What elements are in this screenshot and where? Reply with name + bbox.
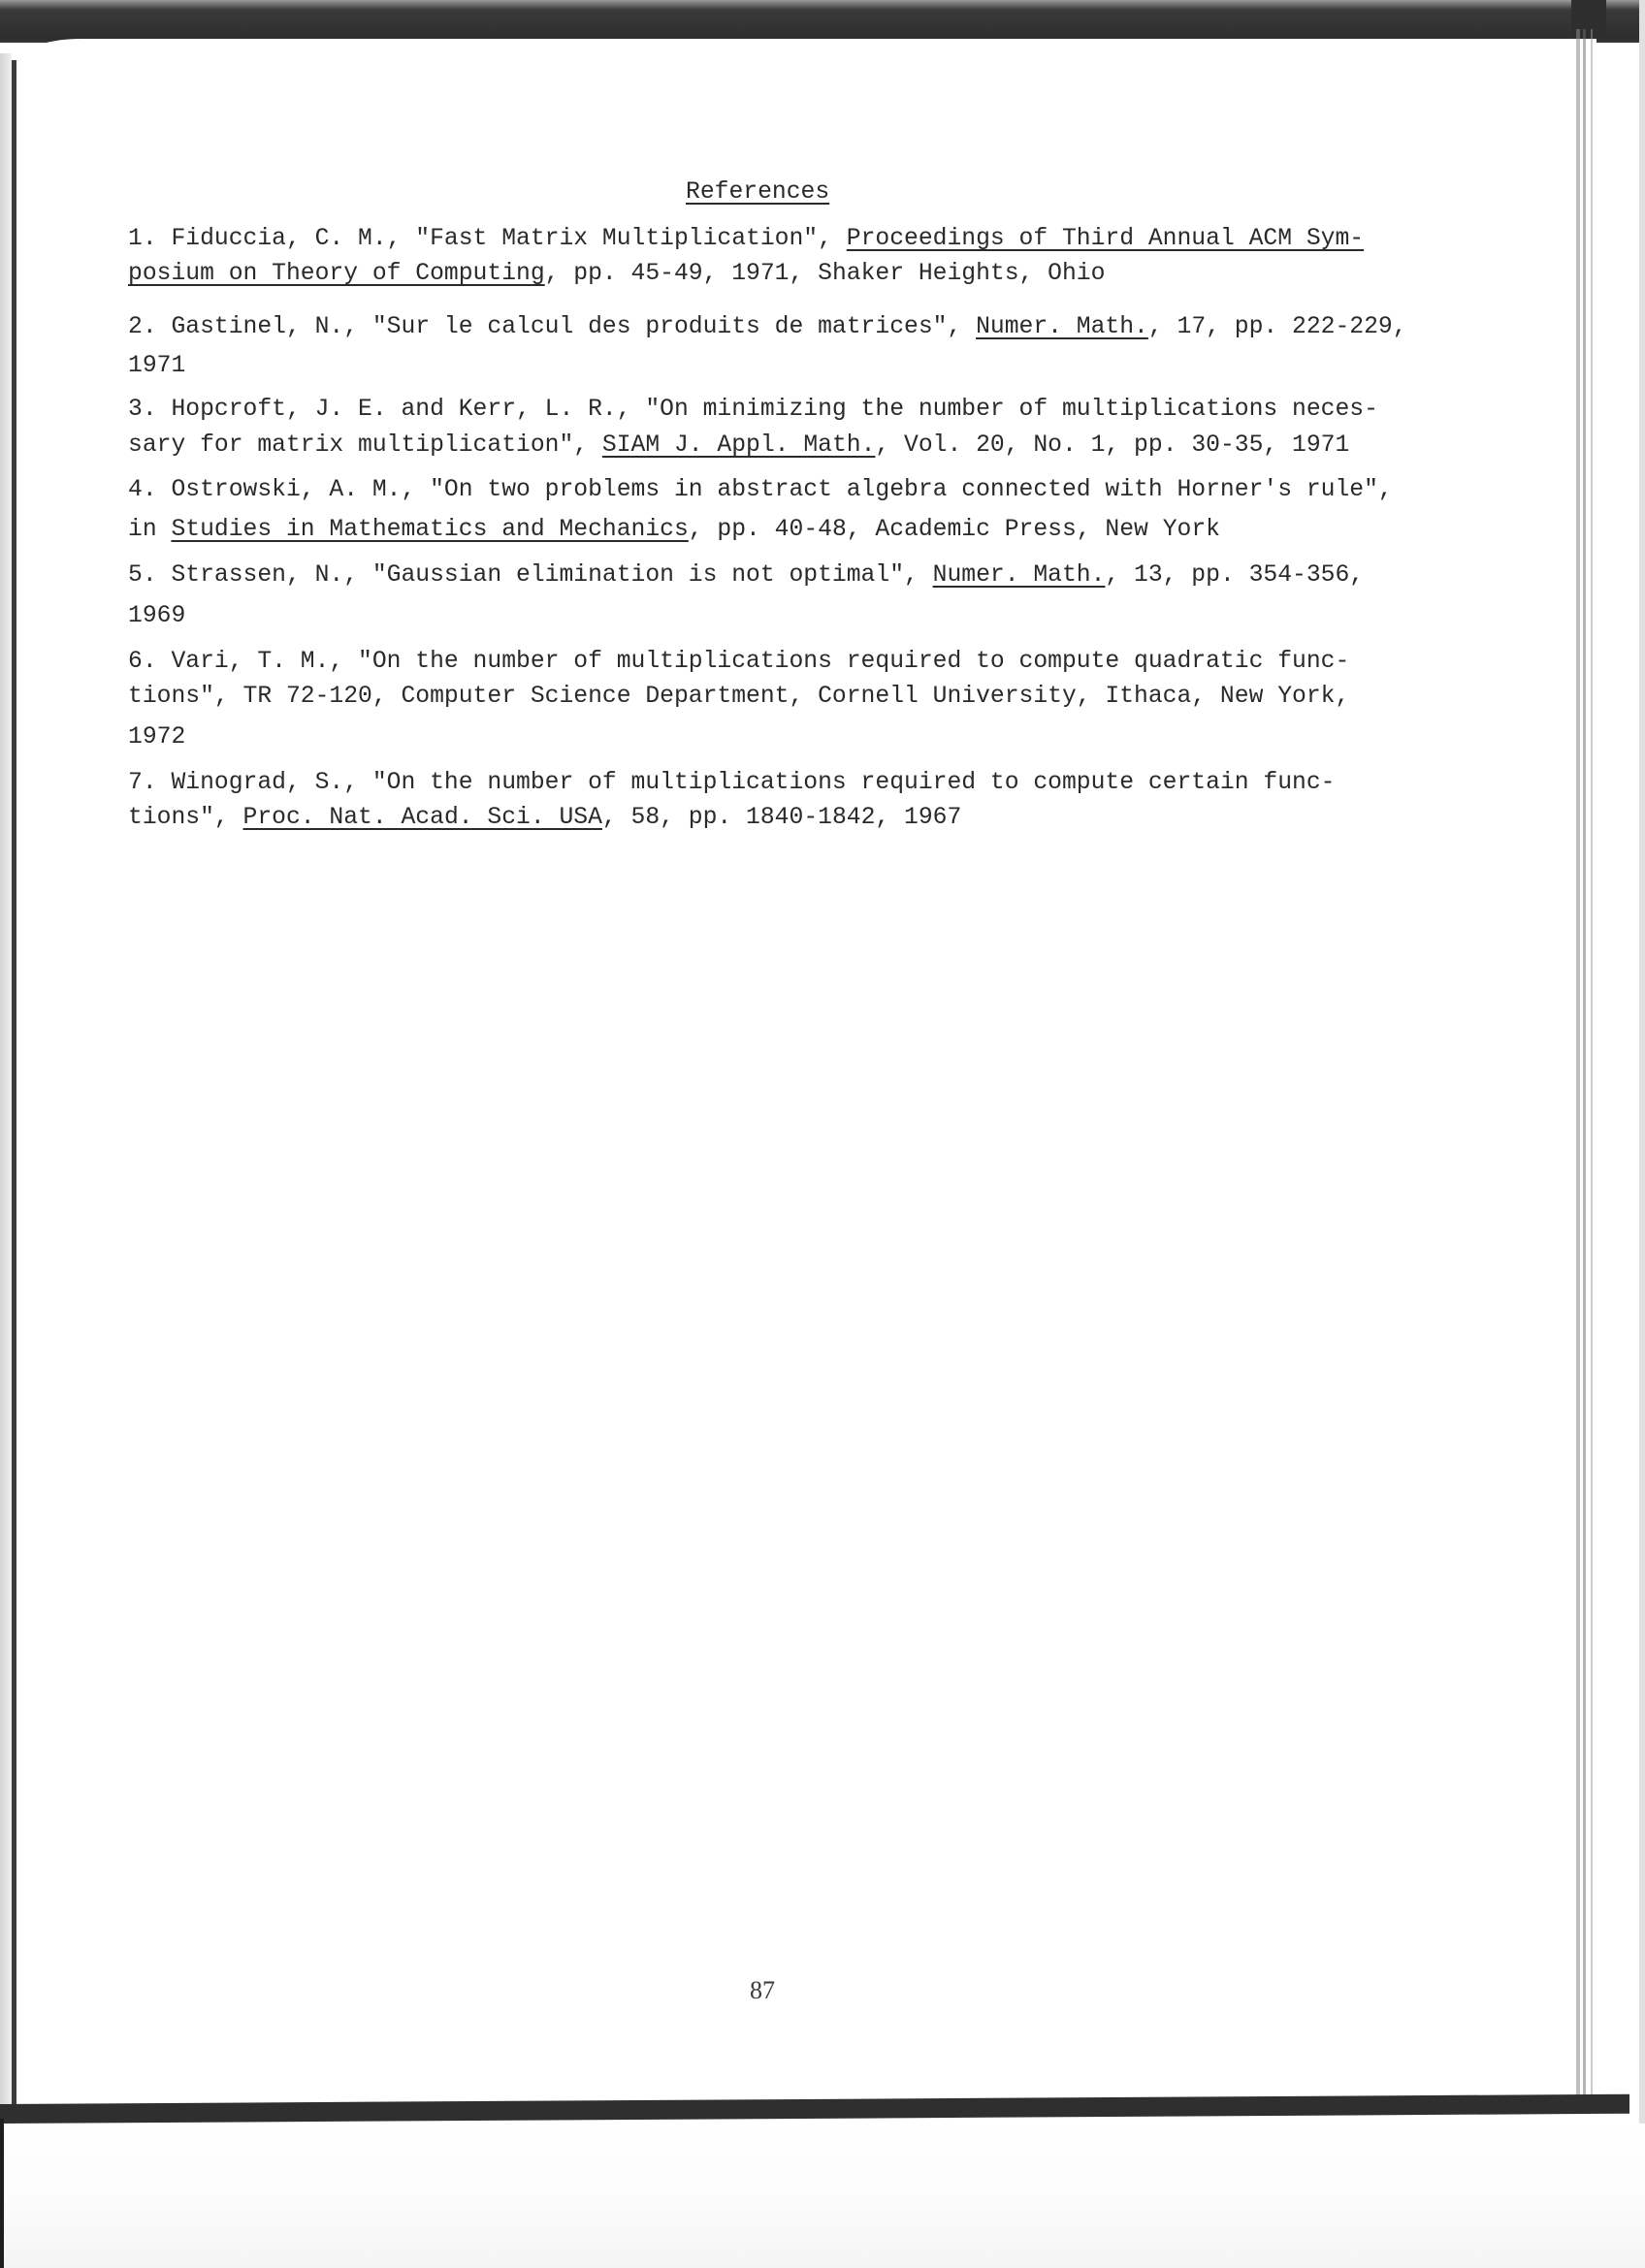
reference-text: sary for matrix multiplication", [128,431,602,459]
reference-line: 1972 [128,722,185,751]
reference-line: posium on Theory of Computing, pp. 45-49… [128,259,1105,288]
reference-line: 6. Vari, T. M., "On the number of multip… [128,647,1349,676]
page-left-edge [12,60,16,2111]
reference-source-title: Numer. Math. [933,561,1106,589]
reference-text: tions", TR 72-120, Computer Science Depa… [128,683,1349,710]
reference-text: 7. Winograd, S., "On the number of multi… [128,769,1335,796]
scan-bottom-area [0,2124,1645,2268]
reference-source-title: Numer. Math. [976,313,1148,340]
reference-text: , pp. 40-48, Academic Press, New York [689,516,1220,543]
reference-line: in Studies in Mathematics and Mechanics,… [128,515,1220,544]
references-heading: References [686,177,829,207]
reference-source-title: Proc. Nat. Acad. Sci. USA [243,804,602,831]
scan-top-shadow [0,0,1645,43]
reference-text: , pp. 45-49, 1971, Shaker Heights, Ohio [545,260,1106,287]
reference-line: 1. Fiduccia, C. M., "Fast Matrix Multipl… [128,224,1364,253]
scan-left-shade [0,53,12,2111]
reference-text: , 58, pp. 1840-1842, 1967 [602,804,961,831]
reference-line: 3. Hopcroft, J. E. and Kerr, L. R., "On … [128,395,1378,424]
reference-source-title: Proceedings of Third Annual ACM Sym- [847,225,1364,252]
page-stack-edge [1576,29,1580,2104]
reference-text: , 17, pp. 222-229, [1148,313,1407,340]
page-stack-edge [1591,29,1593,2104]
reference-text: , 13, pp. 354-356, [1105,561,1364,589]
reference-line: tions", TR 72-120, Computer Science Depa… [128,682,1349,711]
reference-source-title: Studies in Mathematics and Mechanics [171,516,688,543]
reference-text: 1. Fiduccia, C. M., "Fast Matrix Multipl… [128,225,847,252]
reference-text: 6. Vari, T. M., "On the number of multip… [128,648,1349,675]
page-number: 87 [750,1976,775,2005]
reference-line: 4. Ostrowski, A. M., "On two problems in… [128,475,1393,504]
reference-text: 2. Gastinel, N., "Sur le calcul des prod… [128,313,976,340]
reference-line: tions", Proc. Nat. Acad. Sci. USA, 58, p… [128,803,961,832]
reference-line: 7. Winograd, S., "On the number of multi… [128,768,1335,797]
scan-bottom-left-bar [0,2119,4,2268]
reference-text: 1971 [128,352,185,379]
reference-text: 4. Ostrowski, A. M., "On two problems in… [128,476,1393,503]
reference-source-title: posium on Theory of Computing [128,260,545,287]
reference-line: 1971 [128,351,185,380]
reference-text: 1972 [128,723,185,751]
reference-line: 2. Gastinel, N., "Sur le calcul des prod… [128,312,1407,341]
reference-source-title: SIAM J. Appl. Math. [602,431,875,459]
reference-text: 5. Strassen, N., "Gaussian elimination i… [128,561,933,589]
reference-text: in [128,516,171,543]
reference-line: 1969 [128,601,185,630]
reference-line: sary for matrix multiplication", SIAM J.… [128,431,1349,460]
scan-right-margin [1639,0,1645,2268]
page-stack-edge [1583,29,1586,2104]
reference-text: 3. Hopcroft, J. E. and Kerr, L. R., "On … [128,396,1378,423]
reference-text: , Vol. 20, No. 1, pp. 30-35, 1971 [875,431,1349,459]
document-page [14,39,1597,2111]
reference-text: 1969 [128,602,185,629]
reference-line: 5. Strassen, N., "Gaussian elimination i… [128,560,1364,590]
reference-text: tions", [128,804,243,831]
